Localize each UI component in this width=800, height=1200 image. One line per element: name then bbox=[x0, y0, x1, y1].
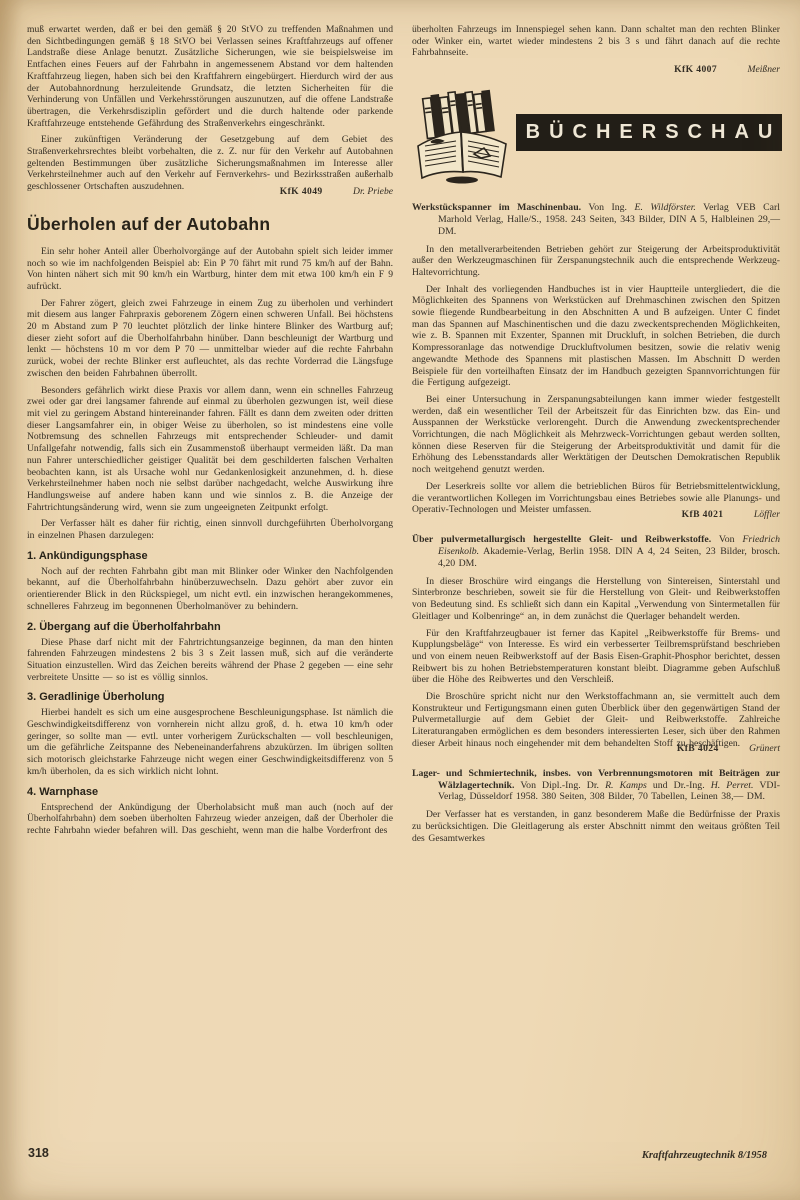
paragraph: Diese Phase darf nicht mit der Fahrtrich… bbox=[27, 637, 393, 684]
article-signature: KfK 4007 Meißner bbox=[412, 64, 780, 76]
book-title: Werkstückspanner im Maschinenbau. bbox=[412, 202, 581, 213]
reference-code: KfK 4049 bbox=[280, 186, 323, 197]
review-header: Über pulvermetallurgisch hergestellte Gl… bbox=[412, 534, 780, 570]
book-review: Über pulvermetallurgisch hergestellte Gl… bbox=[412, 534, 780, 755]
author-name: Grünert bbox=[749, 743, 780, 754]
journal-page: muß erwartet werden, daß er bei den gemä… bbox=[0, 0, 800, 1200]
paragraph: überholten Fahrzeugs im Innenspiegel seh… bbox=[412, 24, 780, 59]
paragraph: Für den Kraftfahrzeugbauer ist ferner da… bbox=[412, 628, 780, 687]
paragraph: Der Fahrer zögert, gleich zwei Fahrzeuge… bbox=[27, 298, 393, 380]
author-name: Löffler bbox=[754, 509, 780, 520]
open-book-icon bbox=[404, 84, 522, 186]
paragraph: Die Broschüre spricht nicht nur den Werk… bbox=[412, 691, 780, 750]
review-header: Lager- und Schmiertechnik, insbes. von V… bbox=[412, 768, 780, 804]
publication-details: Akademie-Verlag, Berlin 1958. DIN A 4, 2… bbox=[438, 546, 780, 569]
reference-code: KfB 4021 bbox=[682, 509, 724, 520]
phase-heading-2: 2. Übergang auf die Überholfahrbahn bbox=[27, 621, 393, 633]
paragraph: Besonders gefährlich wirkt diese Praxis … bbox=[27, 385, 393, 514]
page-number: 318 bbox=[28, 1146, 49, 1160]
author-name: R. Kamps bbox=[605, 780, 647, 791]
paragraph: muß erwartet werden, daß er bei den gemä… bbox=[27, 24, 393, 129]
buecherschau-header: BÜCHERSCHAU bbox=[412, 86, 780, 188]
paragraph: Einer zukünftigen Veränderung der Gesetz… bbox=[27, 134, 393, 193]
paragraph: In den metallverarbeitenden Betrieben ge… bbox=[412, 244, 780, 279]
byline: Von Ing. bbox=[581, 202, 634, 213]
byline: Von bbox=[711, 534, 742, 545]
author-name: H. Perret. bbox=[711, 780, 754, 791]
author-name: Meißner bbox=[747, 64, 780, 75]
book-title: Über pulvermetallurgisch hergestellte Gl… bbox=[412, 534, 711, 545]
phase-heading-3: 3. Geradlinige Überholung bbox=[27, 691, 393, 703]
review-header: Werkstückspanner im Maschinenbau. Von In… bbox=[412, 202, 780, 238]
reference-code: KfB 4024 bbox=[677, 743, 719, 754]
left-column: muß erwartet werden, daß er bei den gemä… bbox=[27, 24, 393, 842]
phase-heading-4: 4. Warnphase bbox=[27, 786, 393, 798]
byline: Von Dipl.-Ing. Dr. bbox=[514, 780, 605, 791]
buecherschau-banner: BÜCHERSCHAU bbox=[516, 114, 782, 151]
phase-heading-1: 1. Ankündigungsphase bbox=[27, 550, 393, 562]
paragraph: Entsprechend der Ankündigung der Überhol… bbox=[27, 802, 393, 837]
paragraph: Noch auf der rechten Fahrbahn gibt man m… bbox=[27, 566, 393, 613]
author-name: E. Wildförster. bbox=[635, 202, 696, 213]
book-review: Werkstückspanner im Maschinenbau. Von In… bbox=[412, 202, 780, 521]
book-review: Lager- und Schmiertechnik, insbes. von V… bbox=[412, 768, 780, 845]
paragraph: Der Verfasser hat es verstanden, in ganz… bbox=[412, 809, 780, 844]
byline: und Dr.-Ing. bbox=[647, 780, 711, 791]
paragraph: In dieser Broschüre wird eingangs die He… bbox=[412, 576, 780, 623]
paragraph: Der Verfasser hält es daher für richtig,… bbox=[27, 518, 393, 541]
paragraph: Hierbei handelt es sich um eine ausgespr… bbox=[27, 707, 393, 777]
article-title: Überholen auf der Autobahn bbox=[27, 214, 393, 235]
paragraph: Ein sehr hoher Anteil aller Überholvorgä… bbox=[27, 246, 393, 293]
journal-title-footer: Kraftfahrzeugtechnik 8/1958 bbox=[412, 1150, 767, 1161]
paragraph: Bei einer Untersuchung in Zerspanungsabt… bbox=[412, 394, 780, 476]
author-name: Dr. Priebe bbox=[353, 186, 393, 197]
paragraph: Der Inhalt des vorliegenden Handbuches i… bbox=[412, 284, 780, 389]
reference-code: KfK 4007 bbox=[674, 64, 717, 75]
right-column: überholten Fahrzeugs im Innenspiegel seh… bbox=[412, 24, 780, 849]
